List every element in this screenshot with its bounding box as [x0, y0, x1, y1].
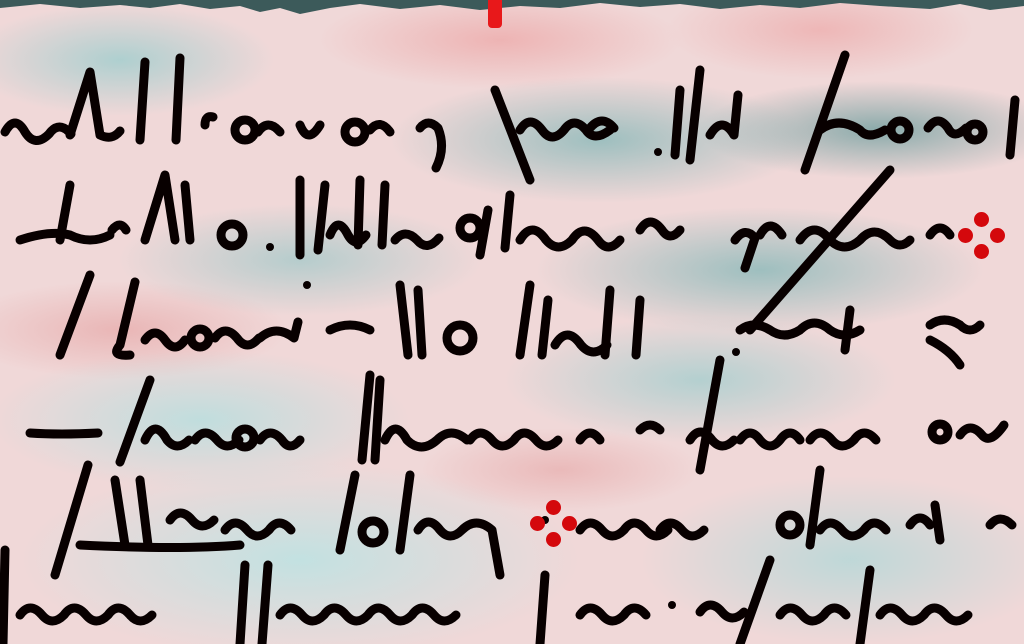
text-line-6 — [3, 550, 968, 644]
text-line-2 — [20, 170, 950, 330]
text-line-1 — [5, 55, 1015, 180]
syriac-script-text — [0, 0, 1024, 644]
quatrefoil-punctuation-1 — [958, 212, 1004, 258]
quatrefoil-punctuation-2 — [530, 500, 576, 546]
text-line-3 — [60, 275, 980, 365]
text-line-4 — [30, 360, 1004, 470]
